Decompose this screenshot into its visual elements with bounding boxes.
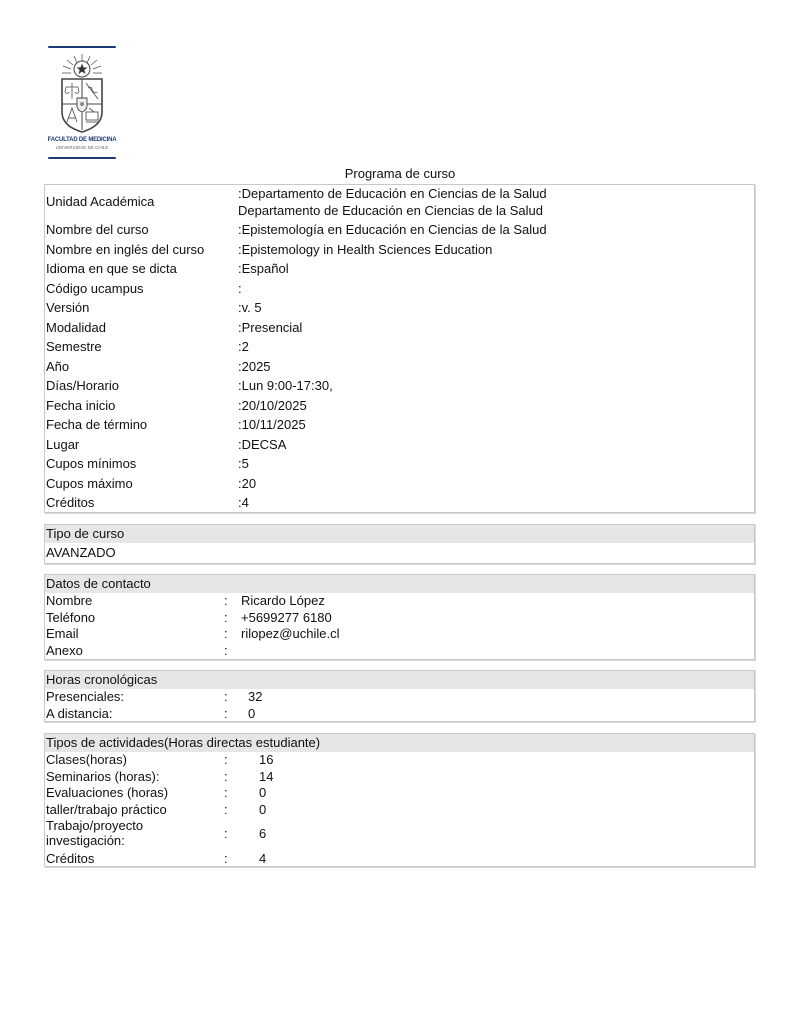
- course-info-label: Modalidad: [46, 320, 106, 335]
- course-info-label: Cupos máximo: [46, 476, 133, 491]
- university-name: UNIVERSIDAD DE CHILE: [46, 145, 118, 150]
- course-info-value: :DECSA: [238, 437, 286, 452]
- course-type-section: Tipo de curso AVANZADO: [44, 524, 755, 564]
- faculty-name: FACULTAD DE MEDICINA: [46, 137, 118, 143]
- course-type-value: AVANZADO: [45, 543, 754, 562]
- course-info-value: :2: [238, 339, 249, 354]
- hours-section: Horas cronológicas Presenciales::32A dis…: [44, 670, 755, 722]
- course-info-value: :v. 5: [238, 300, 262, 315]
- horas-value: 32: [248, 689, 262, 705]
- actividades-label-line2: investigación:: [46, 833, 125, 849]
- horas-separator: :: [224, 689, 228, 705]
- actividades-value: 4: [259, 851, 266, 867]
- horas-value: 0: [248, 706, 255, 722]
- actividades-separator: :: [224, 802, 228, 818]
- contact-section: Datos de contacto Nombre:Ricardo LópezTe…: [44, 574, 755, 660]
- course-info-label: Código ucampus: [46, 281, 144, 296]
- course-info-value-line2: Departamento de Educación en Ciencias de…: [238, 203, 543, 218]
- actividades-separator: :: [224, 826, 228, 842]
- contacto-separator: :: [224, 643, 228, 659]
- course-info-value: :Lun 9:00-17:30,: [238, 378, 333, 393]
- course-info-value: :10/11/2025: [238, 417, 306, 432]
- contact-header: Datos de contacto: [45, 575, 754, 593]
- course-info-value: :Epistemology in Health Sciences Educati…: [238, 242, 492, 257]
- document-title: Programa de curso: [0, 166, 800, 181]
- actividades-value: 14: [259, 769, 273, 785]
- course-info-label: Créditos: [46, 495, 94, 510]
- logo-top-rule: [48, 46, 116, 48]
- actividades-label: Trabajo/proyecto: [46, 818, 143, 834]
- actividades-label: Créditos: [46, 851, 94, 867]
- contacto-value: rilopez@uchile.cl: [241, 626, 339, 642]
- course-info-label: Semestre: [46, 339, 102, 354]
- activities-section: Tipos de actividades(Horas directas estu…: [44, 733, 755, 867]
- faculty-logo: FACULTAD DE MEDICINA UNIVERSIDAD DE CHIL…: [46, 46, 118, 160]
- contacto-label: Anexo: [46, 643, 83, 659]
- contacto-label: Nombre: [46, 593, 92, 609]
- contacto-value: Ricardo López: [241, 593, 325, 609]
- course-info-label: Nombre del curso: [46, 222, 149, 237]
- course-info-label: Nombre en inglés del curso: [46, 242, 204, 257]
- course-info-label: Fecha de término: [46, 417, 147, 432]
- actividades-separator: :: [224, 851, 228, 867]
- course-info-label: Fecha inicio: [46, 398, 115, 413]
- course-info-value: :20: [238, 476, 256, 491]
- course-info-value: :4: [238, 495, 249, 510]
- horas-label: Presenciales:: [46, 689, 124, 705]
- actividades-separator: :: [224, 785, 228, 801]
- horas-separator: :: [224, 706, 228, 722]
- course-info-label: Lugar: [46, 437, 79, 452]
- actividades-label: taller/trabajo práctico: [46, 802, 167, 818]
- actividades-value: 6: [259, 826, 266, 842]
- contacto-label: Teléfono: [46, 610, 95, 626]
- contacto-separator: :: [224, 626, 228, 642]
- course-info-label: Idioma en que se dicta: [46, 261, 177, 276]
- course-info-label: Versión: [46, 300, 89, 315]
- course-info-label: Cupos mínimos: [46, 456, 136, 471]
- horas-label: A distancia:: [46, 706, 113, 722]
- hours-header: Horas cronológicas: [45, 671, 754, 689]
- actividades-separator: :: [224, 769, 228, 785]
- course-info-value: :Español: [238, 261, 289, 276]
- course-info-value: :Epistemología en Educación en Ciencias …: [238, 222, 547, 237]
- course-info-value: :: [238, 281, 242, 296]
- university-crest-icon: [56, 52, 108, 136]
- course-info-label: Unidad Académica: [46, 194, 154, 209]
- contacto-separator: :: [224, 610, 228, 626]
- course-info-value: :Presencial: [238, 320, 302, 335]
- actividades-value: 0: [259, 785, 266, 801]
- actividades-separator: :: [224, 752, 228, 768]
- course-info-value: :2025: [238, 359, 271, 374]
- actividades-label: Seminarios (horas):: [46, 769, 159, 785]
- contacto-label: Email: [46, 626, 79, 642]
- logo-bottom-rule: [48, 157, 116, 159]
- course-info-value: :Departamento de Educación en Ciencias d…: [238, 186, 547, 201]
- course-type-header: Tipo de curso: [45, 525, 754, 543]
- actividades-value: 16: [259, 752, 273, 768]
- course-info-label: Días/Horario: [46, 378, 119, 393]
- actividades-label: Evaluaciones (horas): [46, 785, 168, 801]
- course-info-label: Año: [46, 359, 69, 374]
- course-info-table: Unidad Académica:Departamento de Educaci…: [44, 184, 755, 513]
- contacto-separator: :: [224, 593, 228, 609]
- contacto-value: +5699277 6180: [241, 610, 332, 626]
- course-info-value: :20/10/2025: [238, 398, 307, 413]
- activities-header: Tipos de actividades(Horas directas estu…: [45, 734, 754, 752]
- actividades-label: Clases(horas): [46, 752, 127, 768]
- course-info-value: :5: [238, 456, 249, 471]
- actividades-value: 0: [259, 802, 266, 818]
